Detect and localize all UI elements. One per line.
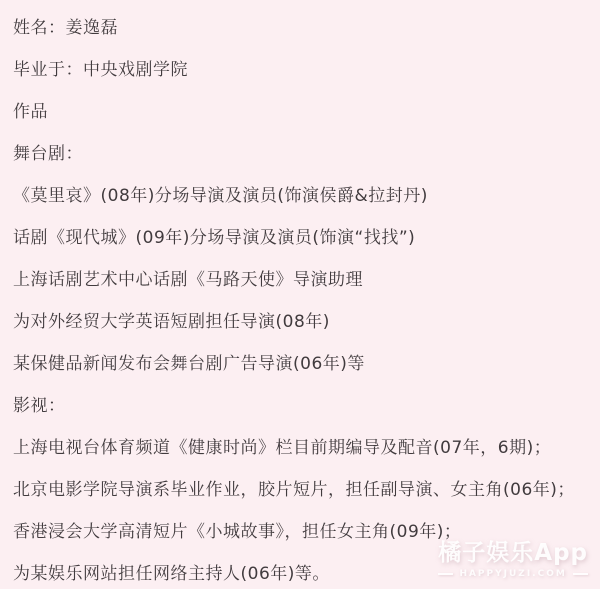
stage-item: 话剧《现代城》(09年)分场导演及演员(饰演“找找”)	[13, 230, 590, 247]
stage-item: 某保健品新闻发布会舞台剧广告导演(06年)等	[13, 356, 590, 373]
stage-section-label: 舞台剧：	[13, 146, 590, 163]
resume-document: 姓名：姜逸磊 毕业于：中央戏剧学院 作品 舞台剧： 《莫里哀》(08年)分场导演…	[0, 0, 600, 583]
stage-item: 为对外经贸大学英语短剧担任导演(08年)	[13, 314, 590, 331]
name-line: 姓名：姜逸磊	[13, 20, 590, 37]
stage-item: 上海话剧艺术中心话剧《马路天使》导演助理	[13, 272, 590, 289]
education-line: 毕业于：中央戏剧学院	[13, 62, 590, 79]
resume-screenshot: { "page": { "background_color": "#fceff2…	[0, 0, 600, 589]
film-item: 上海电视台体育频道《健康时尚》栏目前期编导及配音(07年，6期)；	[13, 440, 590, 457]
film-item: 为某娱乐网站担任网络主持人(06年)等。	[13, 566, 590, 583]
works-section-title: 作品	[13, 104, 590, 121]
film-item: 北京电影学院导演系毕业作业，胶片短片，担任副导演、女主角(06年)；	[13, 482, 590, 499]
stage-item: 《莫里哀》(08年)分场导演及演员(饰演侯爵&拉封丹)	[13, 188, 590, 205]
film-item: 香港浸会大学高清短片《小城故事》，担任女主角(09年)；	[13, 524, 590, 541]
film-section-label: 影视：	[13, 398, 590, 415]
